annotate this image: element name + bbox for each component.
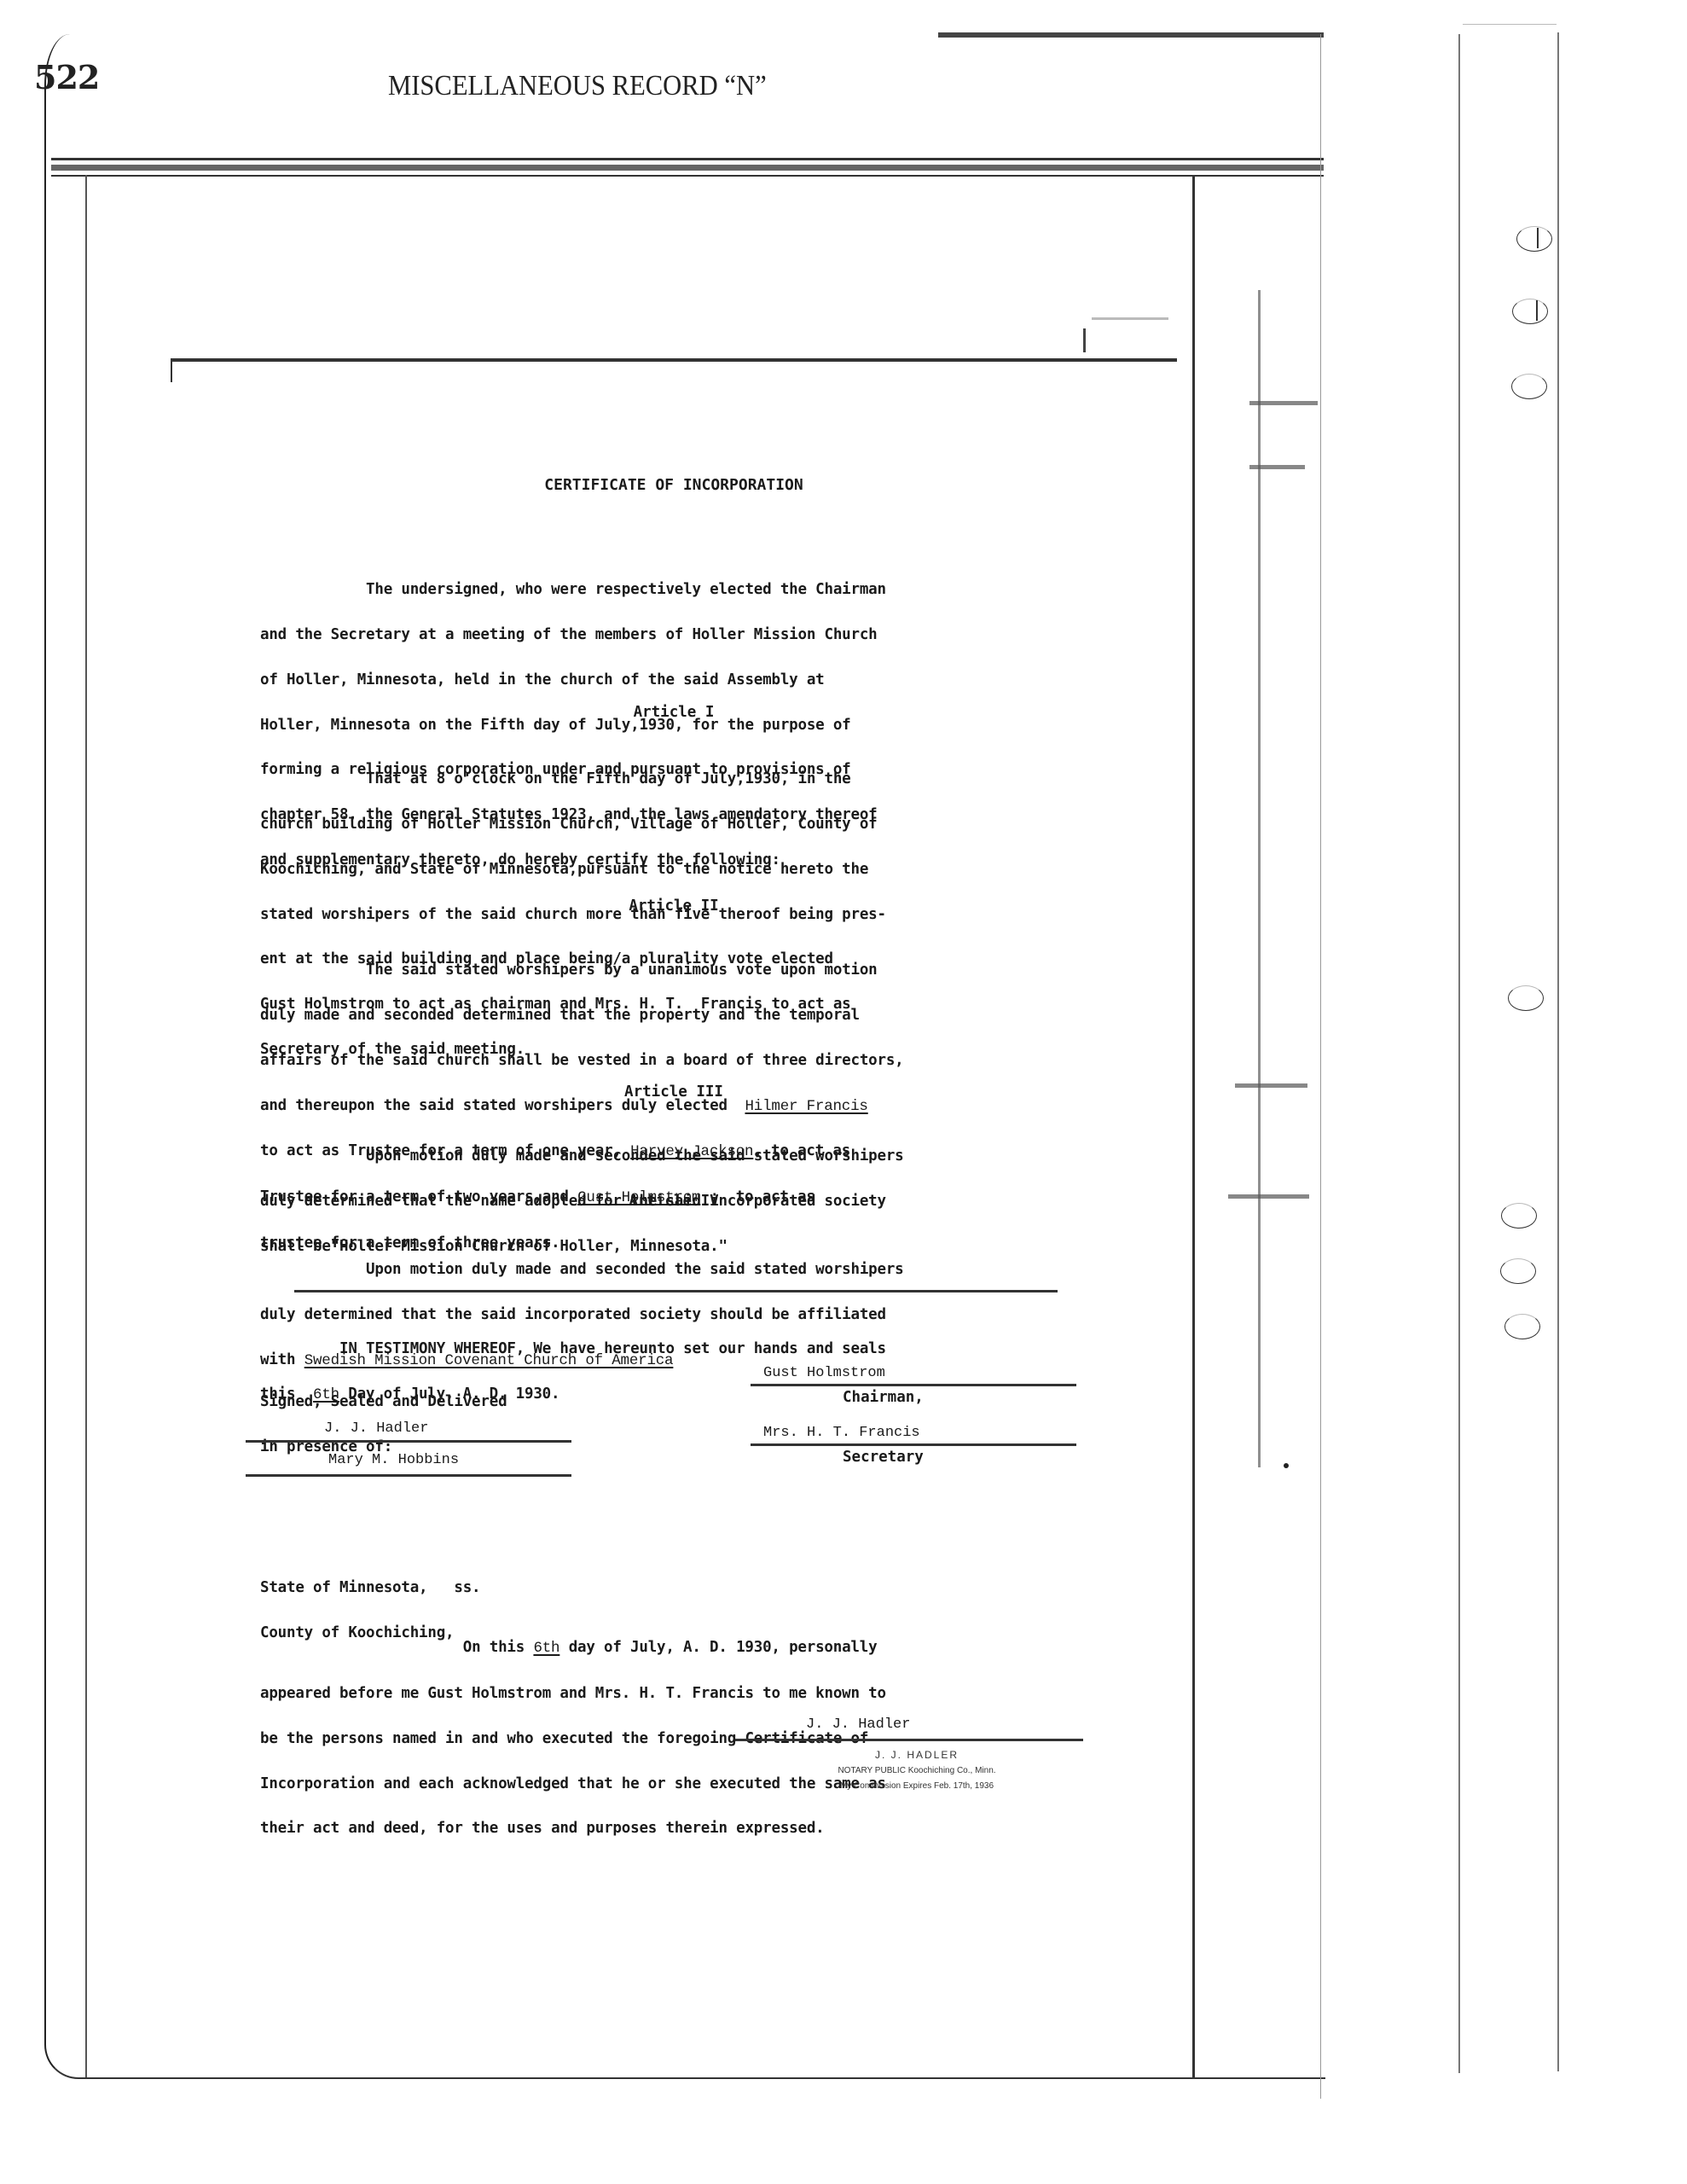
acknowledgment-line: On this 6th day of July, A. D. 1930, per… xyxy=(260,1641,1087,1657)
acknowledgment-day: 6th xyxy=(533,1640,559,1657)
notary-signature-line xyxy=(735,1739,1083,1741)
page-number: 522 xyxy=(34,58,99,96)
article-line: Koochiching, and State of Minnesota,purs… xyxy=(260,863,1087,878)
secretary-signature-line xyxy=(751,1443,1076,1446)
witness-1-name: J. J. Hadler xyxy=(324,1420,428,1437)
inner-margin-line xyxy=(85,175,87,2077)
binder-hole-icon xyxy=(1500,1258,1536,1284)
binder-hole-icon xyxy=(1516,226,1552,252)
preamble-line: The undersigned, who were respectively e… xyxy=(260,583,1087,598)
margin-mark xyxy=(1249,465,1305,469)
page-right-edge xyxy=(1320,34,1321,2099)
venue-line: State of Minnesota, ss. xyxy=(260,1581,1087,1596)
document-mark xyxy=(1083,328,1086,352)
witness-1-signature-line xyxy=(246,1440,571,1443)
notary-stamp-title: NOTARY PUBLIC Koochiching Co., Minn. xyxy=(768,1766,1066,1775)
notary-stamp-name: J. J. HADLER xyxy=(768,1749,1066,1761)
header-rule-middle xyxy=(51,165,1324,171)
margin-mark xyxy=(1228,1194,1309,1199)
binder-strip-right-line xyxy=(1557,32,1559,2071)
acknowledgment-text: day of July, A. D. 1930, personally xyxy=(569,1639,878,1656)
witness-2-name: Mary M. Hobbins xyxy=(328,1452,459,1468)
page-top-edge xyxy=(938,32,1324,38)
header-rule-bottom xyxy=(51,175,1324,177)
binder-hole-icon xyxy=(1512,299,1548,324)
scan-smudge xyxy=(1092,317,1168,320)
margin-dot xyxy=(1284,1463,1289,1468)
article-2-heading: Article II xyxy=(0,897,1348,915)
secretary-title: Secretary xyxy=(843,1449,924,1466)
preamble-line: and the Secretary at a meeting of the me… xyxy=(260,628,1087,643)
article-4-heading: Article IV xyxy=(0,1193,1348,1210)
testimony-line: IN TESTIMONY WHEREOF, We have hereunto s… xyxy=(260,1342,1087,1357)
acknowledgment-line: their act and deed, for the uses and pur… xyxy=(260,1821,1087,1837)
page-right-rule xyxy=(1192,175,1195,2077)
article-line: affairs of the said church shall be vest… xyxy=(260,1054,1087,1069)
article-line: That at 8 o'clock on the Fifth day of Ju… xyxy=(260,772,1087,787)
binder-hole-tick xyxy=(1536,300,1538,321)
preamble-line: of Holler, Minnesota, held in the church… xyxy=(260,673,1087,688)
secretary-name: Mrs. H. T. Francis xyxy=(763,1425,920,1441)
acknowledgment-text: On this xyxy=(463,1639,525,1656)
document-corner-mark xyxy=(171,358,172,382)
article-3-heading: Article III xyxy=(0,1083,1348,1101)
certificate-title: CERTIFICATE OF INCORPORATION xyxy=(0,476,1348,494)
affiliation-underline xyxy=(294,1290,1058,1292)
binder-strip-top-edge xyxy=(1463,24,1557,25)
article-line: and thereupon the said stated worshipers… xyxy=(260,1099,1087,1115)
article-line: Upon motion duly made and seconded the s… xyxy=(260,1263,1087,1278)
binder-hole-tick xyxy=(1537,228,1539,248)
article-line: Upon motion duly made and seconded the s… xyxy=(260,1149,1087,1165)
margin-mark xyxy=(1235,1083,1307,1088)
article-line: church building of Holler Mission Church… xyxy=(260,817,1087,833)
binder-hole-icon xyxy=(1504,1314,1540,1339)
chairman-signature-line xyxy=(751,1384,1076,1386)
article-line: duly made and seconded determined that t… xyxy=(260,1008,1087,1024)
chairman-name: Gust Holmstrom xyxy=(763,1365,885,1381)
notary-stamp-commission: My Commission Expires Feb. 17th, 1936 xyxy=(768,1781,1066,1791)
acknowledgment-line: appeared before me Gust Holmstrom and Mr… xyxy=(260,1687,1087,1702)
binder-hole-icon xyxy=(1501,1203,1537,1228)
article-line: The said stated worshipers by a unanimou… xyxy=(260,963,1087,979)
binder-hole-icon xyxy=(1511,374,1547,399)
witness-label-line: Signed, Sealed and Delivered xyxy=(260,1395,1087,1410)
margin-mark xyxy=(1249,401,1318,405)
document-top-border xyxy=(171,358,1177,362)
binder-strip-left-line xyxy=(1458,34,1460,2073)
chairman-title: Chairman, xyxy=(843,1389,924,1406)
notary-signature: J. J. Hadler xyxy=(806,1716,910,1733)
witness-2-signature-line xyxy=(246,1474,571,1477)
record-title: MISCELLANEOUS RECORD “N” xyxy=(388,70,767,102)
acknowledgment-paragraph: On this 6th day of July, A. D. 1930, per… xyxy=(260,1611,1087,1852)
binder-hole-icon xyxy=(1508,985,1544,1011)
article-1-heading: Article I xyxy=(0,704,1348,721)
header-rule-top xyxy=(51,158,1324,160)
